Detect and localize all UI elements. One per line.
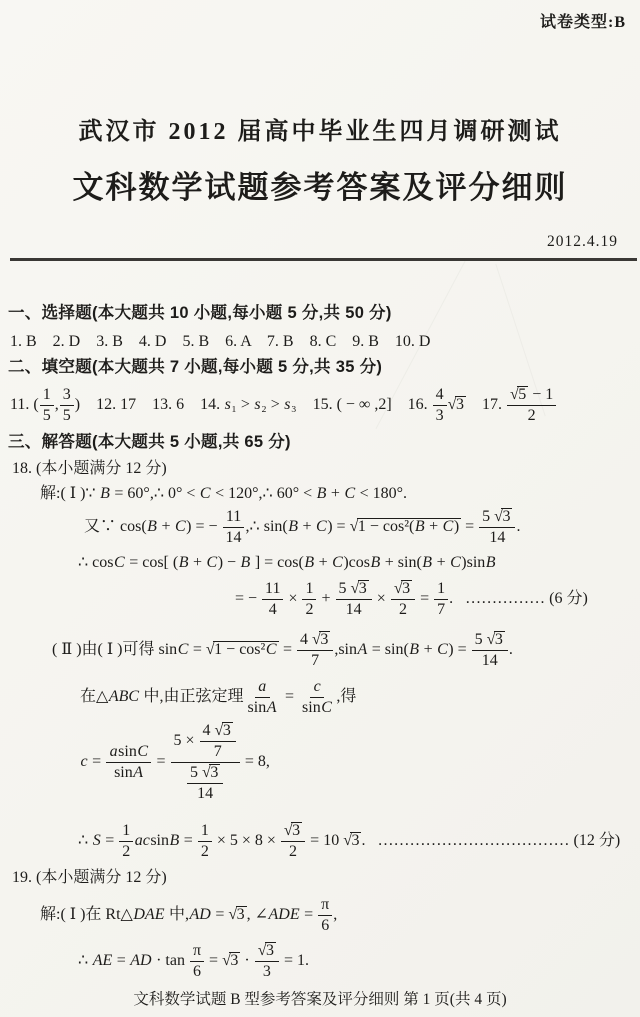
q18-step-2: 又∵ cos(B + C) = − 1114,∴ sin(B + C) = √1…: [84, 508, 520, 547]
section-fill-heading: 二、填空题(本大题共 7 小题,每小题 5 分,共 35 分): [8, 357, 382, 378]
page-footer: 文科数学试题 B 型参考答案及评分细则 第 1 页(共 4 页): [0, 987, 640, 1009]
q18-step-1: 解:( Ⅰ )∵ B = 60°,∴ 0° < C < 120°,∴ 60° <…: [40, 484, 407, 504]
header-divider-rule: [10, 258, 637, 261]
scanned-answer-key-page: 试卷类型:B 武汉市 2012 届高中毕业生四月调研测试 文科数学试题参考答案及…: [0, 0, 640, 1017]
exam-type-label: 试卷类型:B: [540, 9, 626, 32]
q18-step-7: c = asinCsinA = 5 × 4 √375 √314 = 8,: [80, 722, 270, 803]
q18-step-4: = − 114 × 12 + 5 √314 × √32 = 17. …………… …: [235, 580, 588, 619]
q18-heading: 18. (本小题满分 12 分): [12, 459, 167, 479]
q18-step-6: 在△ABC 中,由正弦定理asinA = csinC,得: [80, 678, 356, 717]
section-solve-heading: 三、解答题(本大题共 5 小题,共 65 分): [8, 432, 291, 453]
q19-step-1: 解:( Ⅰ )在 Rt△DAE 中,AD = √3, ∠ADE = π6,: [40, 896, 337, 935]
q19-step-2: ∴ AE = AD · tan π6 = √3 · √33 = 1.: [78, 942, 309, 981]
q19-heading: 19. (本小题满分 12 分): [12, 868, 167, 888]
fill-answers-row: 11. (15,35) 12. 17 13. 6 14. s₁ > s₂ > s…: [10, 386, 557, 425]
q18-step-3: ∴ cosC = cos[ (B + C) − B ] = cos(B + C)…: [78, 553, 496, 573]
exam-date: 2012.4.19: [547, 233, 618, 251]
answer-key-title: 文科数学试题参考答案及评分细则: [0, 162, 640, 207]
section-choice-heading: 一、选择题(本大题共 10 小题,每小题 5 分,共 50 分): [8, 303, 392, 324]
choice-answers-row: 1. B 2. D 3. B 4. D 5. B 6. A 7. B 8. C …: [10, 332, 430, 352]
q18-step-8: ∴ S = 12acsinB = 12 × 5 × 8 × √32 = 10 √…: [78, 822, 620, 861]
exam-title: 武汉市 2012 届高中毕业生四月调研测试: [0, 111, 640, 146]
q18-step-5: ( Ⅱ )由( Ⅰ )可得 sinC = √1 − cos²C = 4 √37,…: [52, 631, 513, 670]
